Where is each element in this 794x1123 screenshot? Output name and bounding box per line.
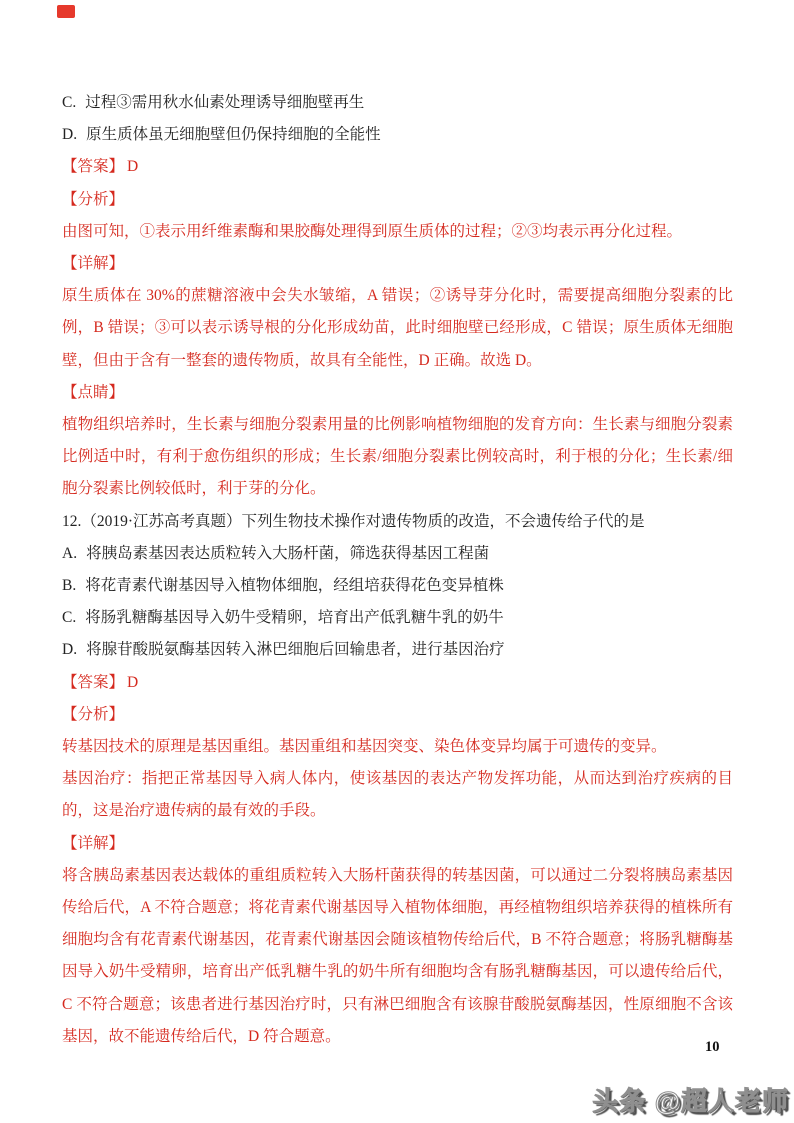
- q11-option-c: C.过程③需用秋水仙素处理诱导细胞壁再生: [62, 87, 733, 119]
- q12-option-b: B.将花青素代谢基因导入植物体细胞，经组培获得花色变异植株: [62, 570, 733, 602]
- option-text: 过程③需用秋水仙素处理诱导细胞壁再生: [85, 94, 364, 111]
- option-letter: C.: [62, 609, 76, 626]
- option-letter: D.: [62, 126, 77, 143]
- answer-tag: 【答案】: [62, 674, 124, 691]
- option-letter: A.: [62, 545, 77, 562]
- q12-analysis-text-1: 转基因技术的原理是基因重组。基因重组和基因突变、染色体变异均属于可遗传的变异。: [62, 731, 733, 763]
- option-text: 将胰岛素基因表达质粒转入大肠杆菌，筛选获得基因工程菌: [86, 545, 489, 562]
- q12-detail-tag: 【详解】: [62, 828, 733, 860]
- q11-option-d: D.原生质体虽无细胞壁但仍保持细胞的全能性: [62, 119, 733, 151]
- q12-analysis-text-2: 基因治疗：指把正常基因导入病人体内，使该基因的表达产物发挥功能，从而达到治疗疾病…: [62, 763, 733, 827]
- q11-answer-line: 【答案】D: [62, 151, 733, 183]
- q11-tip-text: 植物组织培养时，生长素与细胞分裂素用量的比例影响植物细胞的发育方向：生长素与细胞…: [62, 409, 733, 506]
- q11-detail-tag: 【详解】: [62, 248, 733, 280]
- red-corner-mark: [57, 5, 75, 18]
- q12-stem: 12.（2019·江苏高考真题）下列生物技术操作对遗传物质的改造，不会遗传给子代…: [62, 506, 733, 538]
- q12-detail-text: 将含胰岛素基因表达载体的重组质粒转入大肠杆菌获得的转基因菌，可以通过二分裂将胰岛…: [62, 860, 733, 1053]
- q12-option-c: C.将肠乳糖酶基因导入奶牛受精卵，培育出产低乳糖牛乳的奶牛: [62, 602, 733, 634]
- answer-value: D: [127, 158, 138, 175]
- q12-option-a: A.将胰岛素基因表达质粒转入大肠杆菌，筛选获得基因工程菌: [62, 538, 733, 570]
- q11-tip-tag: 【点睛】: [62, 377, 733, 409]
- answer-value: D: [127, 674, 138, 691]
- answer-tag: 【答案】: [62, 158, 124, 175]
- q12-answer-line: 【答案】D: [62, 667, 733, 699]
- q12-analysis-tag: 【分析】: [62, 699, 733, 731]
- q11-detail-text: 原生质体在 30%的蔗糖溶液中会失水皱缩，A 错误；②诱导芽分化时，需要提高细胞…: [62, 280, 733, 377]
- option-text: 将花青素代谢基因导入植物体细胞，经组培获得花色变异植株: [85, 577, 504, 594]
- option-letter: C.: [62, 94, 76, 111]
- document-content: C.过程③需用秋水仙素处理诱导细胞壁再生 D.原生质体虽无细胞壁但仍保持细胞的全…: [62, 87, 733, 1053]
- option-text: 原生质体虽无细胞壁但仍保持细胞的全能性: [86, 126, 381, 143]
- option-letter: D.: [62, 641, 77, 658]
- watermark-text: 头条 @超人老师: [592, 1081, 789, 1118]
- option-letter: B.: [62, 577, 76, 594]
- option-text: 将腺苷酸脱氨酶基因转入淋巴细胞后回输患者，进行基因治疗: [86, 641, 505, 658]
- page-number: 10: [705, 1039, 720, 1056]
- exam-document-page: C.过程③需用秋水仙素处理诱导细胞壁再生 D.原生质体虽无细胞壁但仍保持细胞的全…: [0, 0, 794, 1123]
- q12-option-d: D.将腺苷酸脱氨酶基因转入淋巴细胞后回输患者，进行基因治疗: [62, 634, 733, 666]
- q11-analysis-tag: 【分析】: [62, 184, 733, 216]
- option-text: 将肠乳糖酶基因导入奶牛受精卵，培育出产低乳糖牛乳的奶牛: [85, 609, 504, 626]
- question-text: 下列生物技术操作对遗传物质的改造，不会遗传给子代的是: [242, 513, 645, 530]
- question-number: 12.: [62, 513, 81, 530]
- q11-analysis-text: 由图可知，①表示用纤维素酶和果胶酶处理得到原生质体的过程；②③均表示再分化过程。: [62, 216, 733, 248]
- question-source: （2019·江苏高考真题）: [81, 513, 241, 530]
